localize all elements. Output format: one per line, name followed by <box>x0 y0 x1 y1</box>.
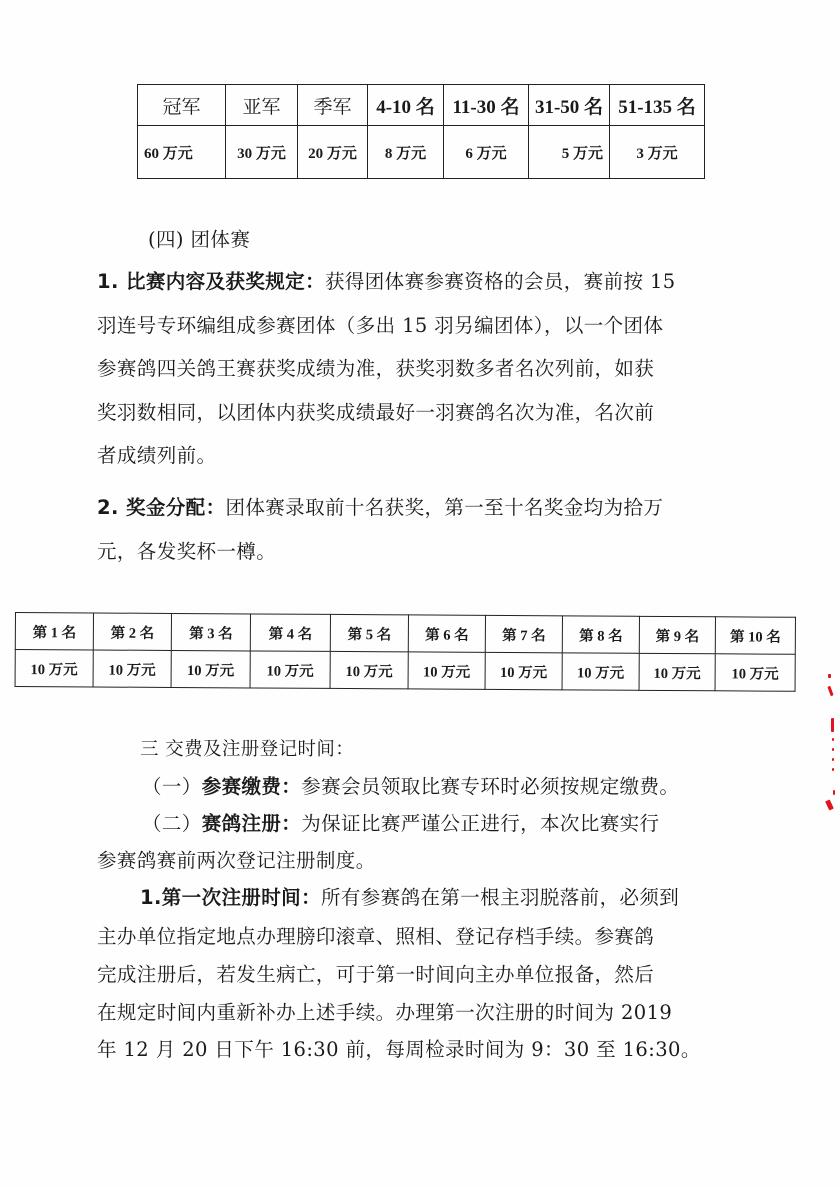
team-rule-1-line-1: 1. 比赛内容及获奖规定：获得团体赛参赛资格的会员，赛前按 15 <box>97 270 676 294</box>
header-cell: 第 2 名 <box>93 613 171 650</box>
team-rule-1-label: 1. 比赛内容及获奖规定： <box>97 270 325 293</box>
value-cell: 10 万元 <box>93 650 171 687</box>
team-rule-1-line-4: 奖羽数相同，以团体内获奖成绩最好一羽赛鸽名次为准，名次前 <box>97 401 654 425</box>
text: （一） <box>142 775 202 798</box>
header-cell: 第 1 名 <box>15 613 93 650</box>
table-header-row: 第 1 名 第 2 名 第 3 名 第 4 名 第 5 名 第 6 名 第 7 … <box>15 613 795 655</box>
header-cell: 亚军 <box>226 85 298 126</box>
team-rule-2-line-2: 元，各发奖杯一樽。 <box>97 540 276 564</box>
text: 为保证比赛严谨公正进行，本次比赛实行 <box>301 812 659 835</box>
header-cell: 冠军 <box>138 85 226 126</box>
text: 参赛会员领取比赛专环时必须按规定缴费。 <box>301 775 679 798</box>
value-cell: 10 万元 <box>330 651 408 688</box>
header-cell: 第 5 名 <box>330 614 408 651</box>
value-cell: 5 万元 <box>529 126 610 179</box>
team-prize-table: 第 1 名 第 2 名 第 3 名 第 4 名 第 5 名 第 6 名 第 7 … <box>15 612 796 692</box>
fees-item-1-label: 参赛缴费： <box>202 775 302 798</box>
value-cell: 3 万元 <box>610 126 705 179</box>
value-cell: 10 万元 <box>715 654 795 691</box>
header-cell: 31-50 名 <box>529 85 610 126</box>
team-rule-1-line-5: 者成绩列前。 <box>97 444 216 468</box>
value-cell: 20 万元 <box>298 126 368 179</box>
text: 团体赛录取前十名获奖，第一至十名奖金均为拾万 <box>225 496 663 519</box>
text: 获得团体赛参赛资格的会员，赛前按 15 <box>325 270 676 293</box>
registration-1-label: 1.第一次注册时间： <box>140 886 321 909</box>
value-cell: 10 万元 <box>250 651 330 688</box>
registration-1-line-2: 主办单位指定地点办理膀印滚章、照相、登记存档手续。参赛鸽 <box>97 925 654 949</box>
team-rule-1-line-3: 参赛鸽四关鸽王赛获奖成绩为准，获奖羽数多者名次列前，如获 <box>97 357 654 381</box>
header-cell: 11-30 名 <box>444 85 529 126</box>
registration-1-line-5: 年 12 月 20 日下午 16:30 前，每周检录时间为 9：30 至 16:… <box>97 1038 701 1062</box>
registration-1-line-3: 完成注册后，若发生病亡，可于第一时间向主办单位报备，然后 <box>97 963 654 987</box>
value-cell: 10 万元 <box>408 652 485 689</box>
table-row: 60 万元 30 万元 20 万元 8 万元 6 万元 5 万元 3 万元 <box>138 126 705 179</box>
value-cell: 6 万元 <box>444 126 529 179</box>
header-cell: 第 7 名 <box>485 615 562 652</box>
table-row: 10 万元 10 万元 10 万元 10 万元 10 万元 10 万元 10 万… <box>15 650 795 692</box>
value-cell: 10 万元 <box>639 653 715 690</box>
team-rule-2-label: 2. 奖金分配： <box>97 496 225 519</box>
value-cell: 10 万元 <box>171 650 250 687</box>
team-rule-2-line-1: 2. 奖金分配：团体赛录取前十名获奖，第一至十名奖金均为拾万 <box>97 496 663 520</box>
value-cell: 10 万元 <box>485 652 562 689</box>
value-cell: 60 万元 <box>138 126 226 179</box>
text: （二） <box>142 812 202 835</box>
section-heading-team: (四) 团体赛 <box>148 228 250 252</box>
fees-item-1: （一）参赛缴费：参赛会员领取比赛专环时必须按规定缴费。 <box>142 775 679 799</box>
table-header-row: 冠军 亚军 季军 4-10 名 11-30 名 31-50 名 51-135 名 <box>138 85 705 126</box>
header-cell: 第 6 名 <box>408 615 485 652</box>
registration-1-line-1: 1.第一次注册时间：所有参赛鸽在第一根主羽脱落前，必须到 <box>140 886 679 910</box>
value-cell: 10 万元 <box>15 650 93 687</box>
value-cell: 10 万元 <box>562 653 639 690</box>
header-cell: 第 3 名 <box>171 613 250 650</box>
registration-1-line-4: 在规定时间内重新补办上述手续。办理第一次注册的时间为 2019 <box>97 1001 672 1025</box>
fees-item-2-continued: 参赛鸽赛前两次登记注册制度。 <box>97 849 376 873</box>
value-cell: 30 万元 <box>226 126 298 179</box>
fees-item-2: （二）赛鸽注册：为保证比赛严谨公正进行，本次比赛实行 <box>142 812 659 836</box>
text: 所有参赛鸽在第一根主羽脱落前，必须到 <box>321 886 679 909</box>
header-cell: 第 4 名 <box>250 614 330 651</box>
header-cell: 4-10 名 <box>368 85 444 126</box>
header-cell: 第 8 名 <box>562 616 639 653</box>
individual-prize-table: 冠军 亚军 季军 4-10 名 11-30 名 31-50 名 51-135 名… <box>137 84 705 179</box>
header-cell: 季军 <box>298 85 368 126</box>
fees-item-2-label: 赛鸽注册： <box>202 812 302 835</box>
header-cell: 第 9 名 <box>639 616 715 653</box>
team-rule-1-line-2: 羽连号专环编组成参赛团体（多出 15 羽另编团体），以一个团体 <box>97 314 663 338</box>
section-heading-fees: 三 交费及注册登记时间： <box>140 738 354 762</box>
value-cell: 8 万元 <box>368 126 444 179</box>
header-cell: 第 10 名 <box>715 617 795 654</box>
header-cell: 51-135 名 <box>610 85 705 126</box>
